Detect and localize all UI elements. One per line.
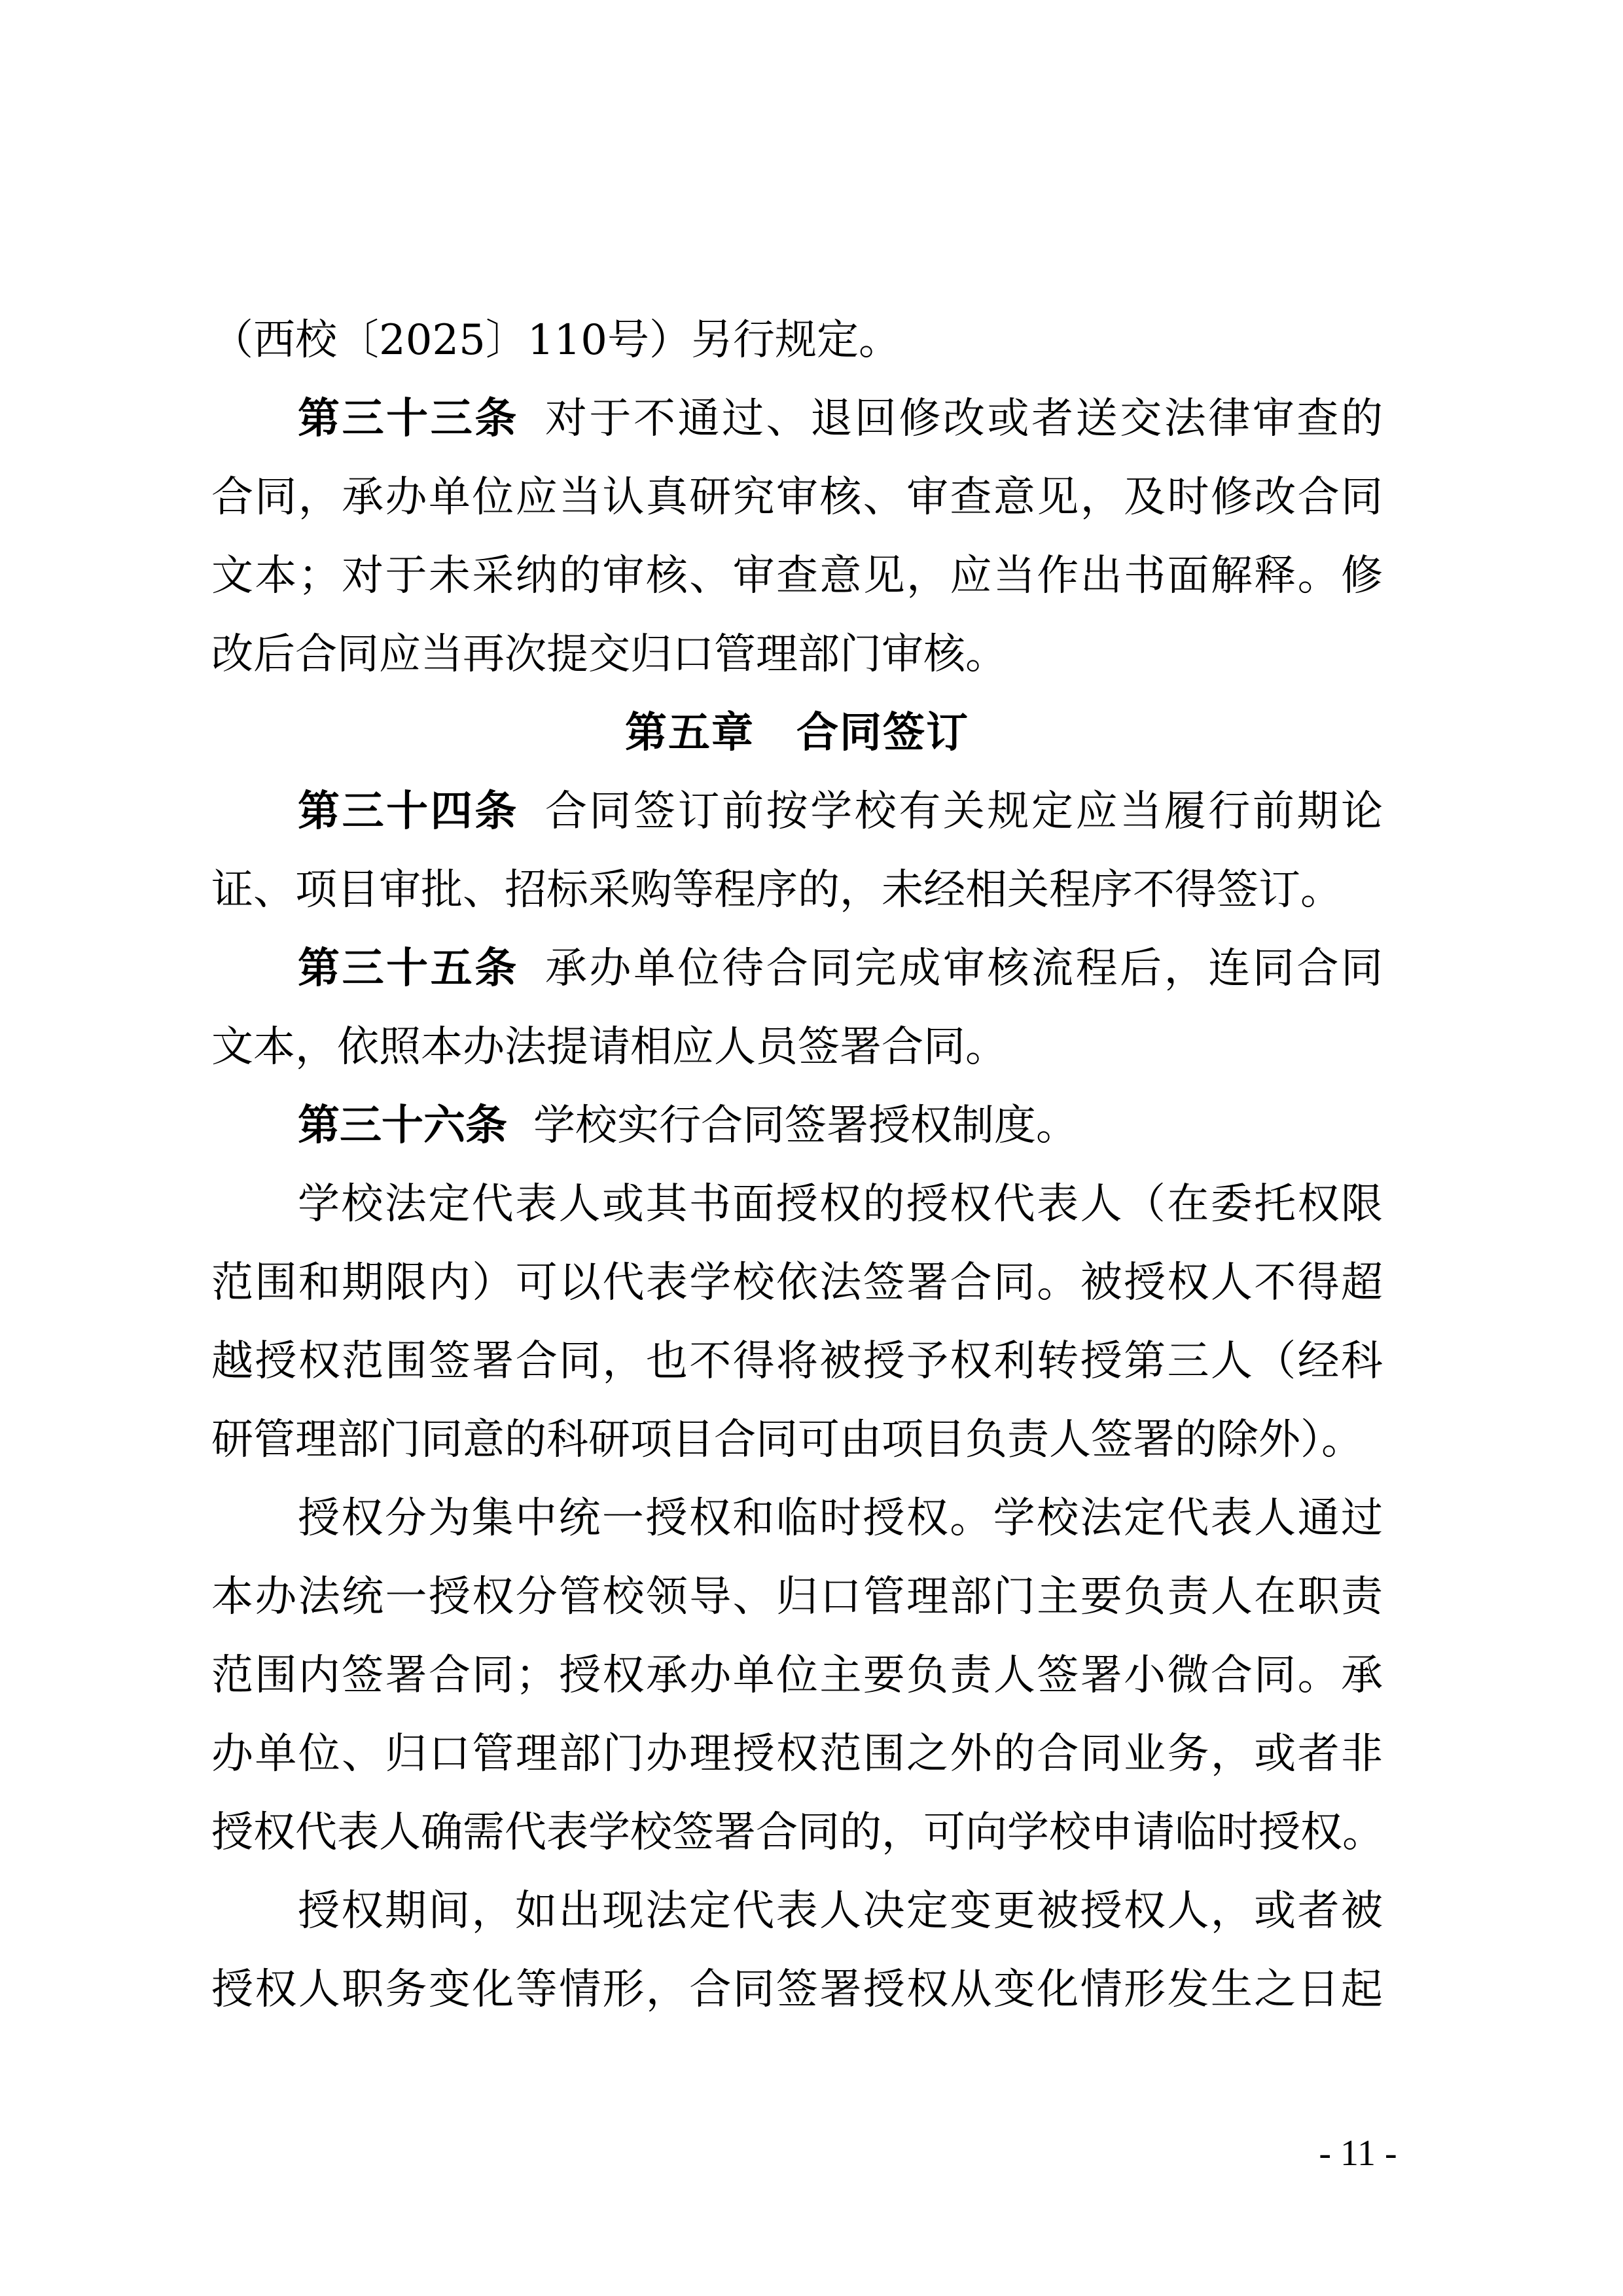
article-34-line-1: 第三十四条合同签订前按学校有关规定应当履行前期论: [211, 772, 1383, 851]
article-35-line-1: 第三十五条承办单位待合同完成审核流程后，连同合同: [211, 929, 1383, 1008]
article-36-para-3-line-2: 授权人职务变化等情形，合同签署授权从变化情形发生之日起: [211, 1950, 1383, 2029]
article-36-line-1: 第三十六条学校实行合同签署授权制度。: [211, 1086, 1383, 1165]
chapter-heading: 第五章合同签订: [211, 694, 1383, 772]
article-34-label: 第三十四条: [298, 787, 519, 836]
document-page: （西校〔2025〕110号）另行规定。 第三十三条对于不通过、退回修改或者送交法…: [0, 0, 1623, 2296]
article-36-para-1-line-4: 研管理部门同意的科研项目合同可由项目负责人签署的除外）。: [211, 1401, 1383, 1479]
article-33-label: 第三十三条: [298, 395, 519, 443]
page-number: - 11 -: [1299, 2130, 1417, 2176]
article-33-line-1: 第三十三条对于不通过、退回修改或者送交法律审查的: [211, 380, 1383, 458]
article-34-text: 合同签订前按学校有关规定应当履行前期论: [545, 787, 1383, 836]
article-35-line-2: 文本，依照本办法提请相应人员签署合同。: [211, 1008, 1383, 1086]
body-text: （西校〔2025〕110号）另行规定。 第三十三条对于不通过、退回修改或者送交法…: [211, 301, 1383, 2029]
article-36-para-2-line-3: 范围内签署合同；授权承办单位主要负责人签署小微合同。承: [211, 1636, 1383, 1715]
article-33-line-2: 合同，承办单位应当认真研究审核、审查意见，及时修改合同: [211, 458, 1383, 537]
article-33-line-3: 文本；对于未采纳的审核、审查意见，应当作出书面解释。修: [211, 537, 1383, 615]
article-36-text: 学校实行合同签署授权制度。: [533, 1102, 1078, 1150]
article-33-line-4: 改后合同应当再次提交归口管理部门审核。: [211, 615, 1383, 694]
article-36-para-2-line-5: 授权代表人确需代表学校签署合同的，可向学校申请临时授权。: [211, 1793, 1383, 1872]
article-34-line-2: 证、项目审批、招标采购等程序的，未经相关程序不得签订。: [211, 851, 1383, 929]
chapter-number: 第五章: [625, 709, 755, 757]
article-36-para-2-line-4: 办单位、归口管理部门办理授权范围之外的合同业务，或者非: [211, 1715, 1383, 1793]
paragraph-continuation-line: （西校〔2025〕110号）另行规定。: [211, 301, 1383, 380]
article-36-para-1-line-2: 范围和期限内）可以代表学校依法签署合同。被授权人不得超: [211, 1244, 1383, 1322]
article-36-para-1-line-1: 学校法定代表人或其书面授权的授权代表人（在委托权限: [211, 1165, 1383, 1244]
article-33-text: 对于不通过、退回修改或者送交法律审查的: [545, 395, 1383, 443]
article-35-label: 第三十五条: [298, 944, 519, 993]
article-36-para-1-line-3: 越授权范围签署合同，也不得将被授予权利转授第三人（经科: [211, 1322, 1383, 1401]
chapter-title: 合同签订: [796, 709, 969, 757]
article-35-text: 承办单位待合同完成审核流程后，连同合同: [545, 944, 1383, 993]
article-36-para-3-line-1: 授权期间，如出现法定代表人决定变更被授权人，或者被: [211, 1872, 1383, 1950]
article-36-para-2-line-1: 授权分为集中统一授权和临时授权。学校法定代表人通过: [211, 1479, 1383, 1558]
article-36-para-2-line-2: 本办法统一授权分管校领导、归口管理部门主要负责人在职责: [211, 1558, 1383, 1636]
article-36-label: 第三十六条: [298, 1102, 507, 1150]
